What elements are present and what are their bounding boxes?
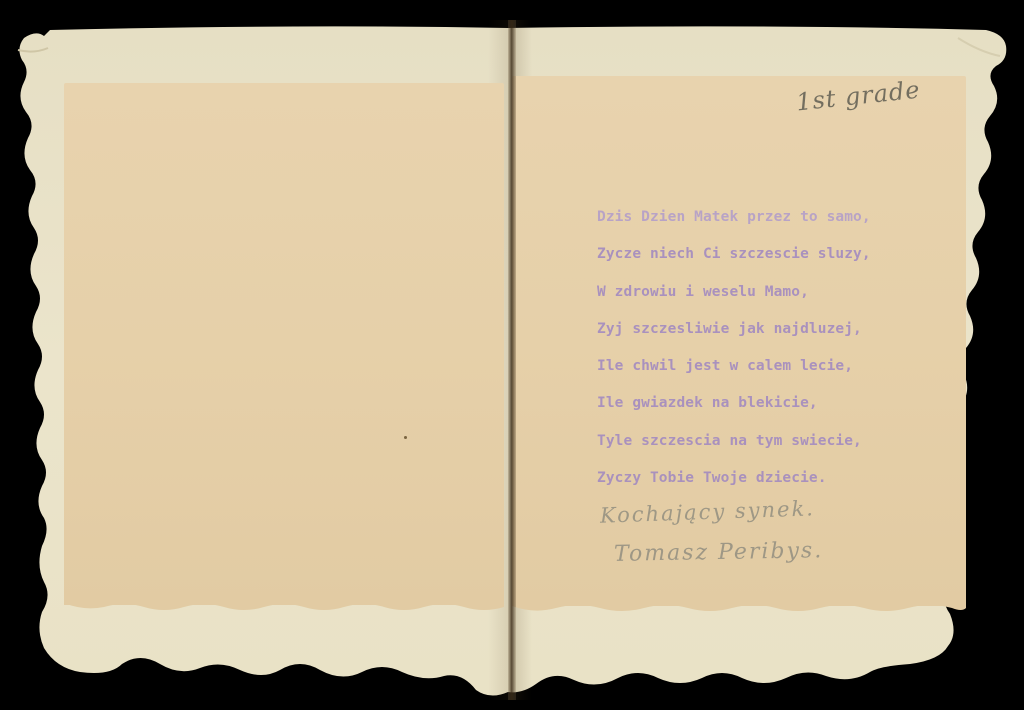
poem-line: Ile chwil jest w calem lecie, — [597, 356, 871, 393]
scalloped-bottom-edge — [64, 599, 504, 613]
book-spine-fold — [508, 20, 516, 700]
poem-line: Tyle szczescia na tym swiecie, — [597, 431, 871, 468]
poem-line: Ile gwiazdek na blekicie, — [597, 393, 871, 430]
poem-line: Dzis Dzien Matek przez to samo, — [597, 207, 871, 244]
paper-speck — [404, 436, 407, 439]
left-page-insert — [64, 83, 504, 605]
poem-line: W zdrowiu i weselu Mamo, — [597, 282, 871, 319]
signature-line-2: Tomasz Peribys. — [614, 538, 824, 567]
poem-line: Zycze niech Ci szczescie sluzy, — [597, 244, 871, 281]
scalloped-bottom-edge — [512, 600, 966, 614]
poem-line: Zyj szczesliwie jak najdluzej, — [597, 319, 871, 356]
typewritten-poem: Dzis Dzien Matek przez to samo, Zycze ni… — [597, 207, 871, 505]
greeting-card-scan: 1st grade Dzis Dzien Matek przez to samo… — [0, 0, 1024, 710]
